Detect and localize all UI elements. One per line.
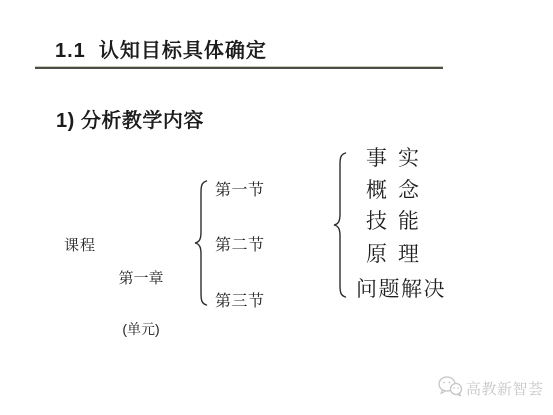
title-divider (35, 66, 443, 69)
node-type-principle: 原理 (366, 242, 430, 267)
slide-title: 1.1 认知目标具体确定 (55, 34, 267, 63)
node-chapter-label: 第一章 (110, 271, 172, 288)
node-type-problem-solving: 问题解决 (356, 277, 446, 302)
node-type-concept: 概念 (366, 178, 430, 203)
slide-canvas: 1.1 认知目标具体确定 1) 分析教学内容 课程 第一章 (单元) 第一节 第… (0, 0, 553, 415)
node-section-3: 第三节 (215, 293, 265, 310)
watermark-text: 高教新智荟 (466, 378, 544, 399)
node-chapter: 第一章 (单元) (110, 238, 172, 370)
node-chapter-sublabel: (单元) (110, 321, 172, 338)
section-heading: 1) 分析教学内容 (56, 104, 204, 133)
node-type-fact: 事实 (366, 146, 430, 171)
watermark: 高教新智荟 (437, 375, 544, 402)
types-brace (332, 152, 348, 298)
node-section-1: 第一节 (215, 182, 265, 199)
node-type-skill: 技能 (366, 209, 430, 234)
node-course: 课程 (64, 238, 96, 254)
node-section-2: 第二节 (215, 237, 265, 254)
sections-brace (193, 180, 209, 306)
wechat-chat-bubbles-icon (437, 375, 463, 402)
